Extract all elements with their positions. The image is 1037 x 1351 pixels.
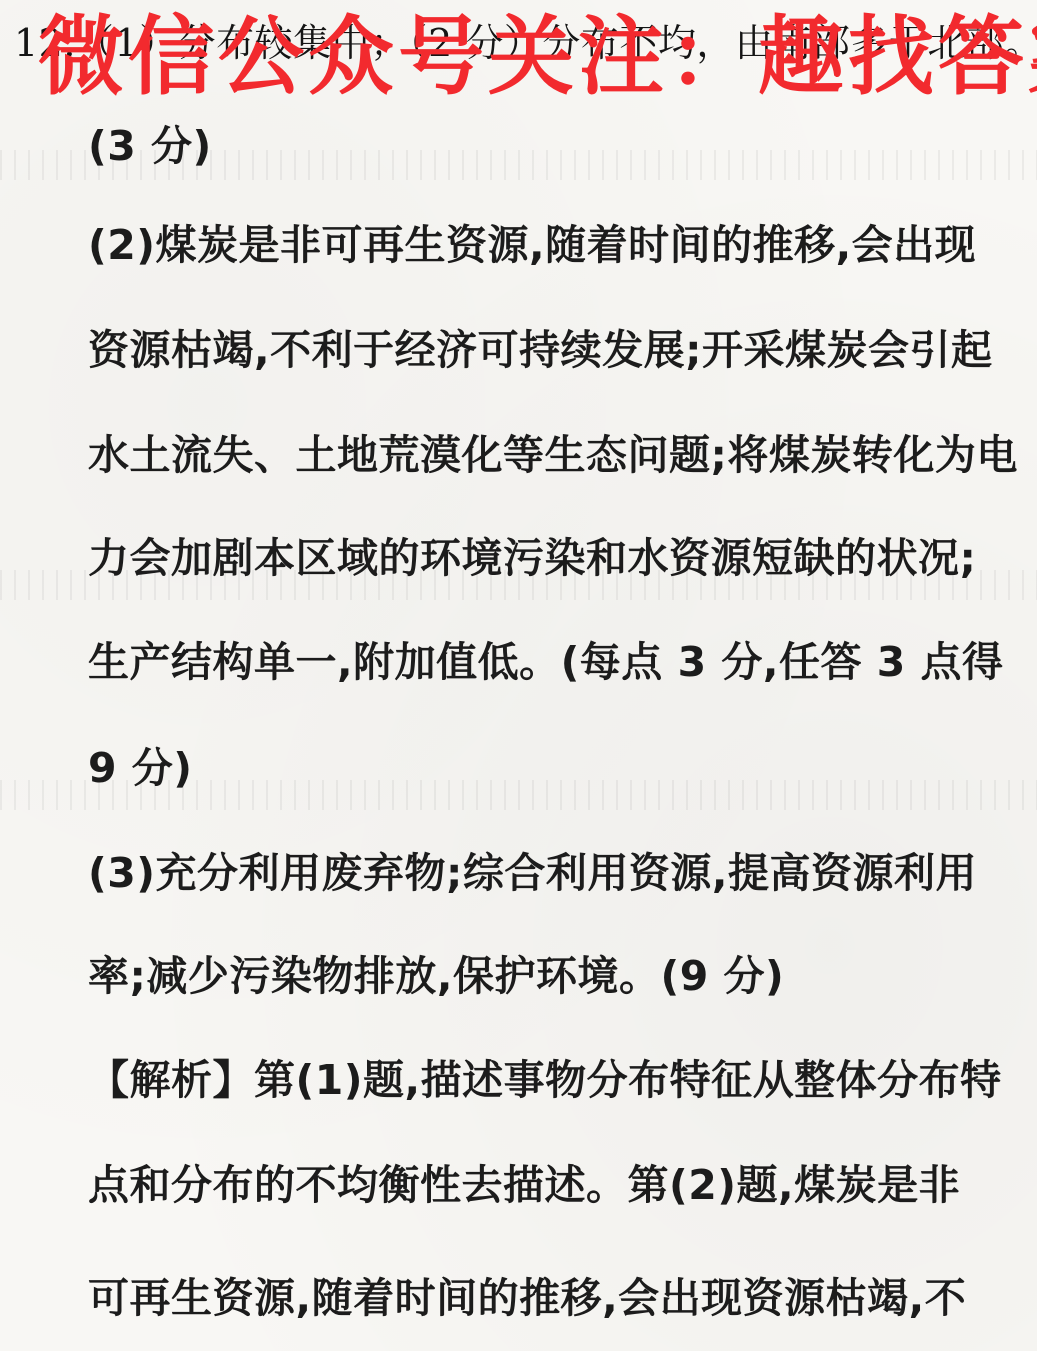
answer-line-2: (3 分) <box>88 126 1017 167</box>
analysis-line-2: 点和分布的不均衡性去描述。第(2)题,煤炭是非 <box>88 1165 1017 1206</box>
document-page: 12.（1）分布较集中；（2 分）分布不均，由南部多于北部。 (3 分) (2)… <box>0 0 1037 1351</box>
answer-line-7: 生产结构单一,附加值低。(每点 3 分,任答 3 点得 <box>88 642 1017 683</box>
answer-line-3: (2)煤炭是非可再生资源,随着时间的推移,会出现 <box>88 225 1017 266</box>
answer-line-4: 资源枯竭,不利于经济可持续发展;开采煤炭会引起 <box>88 330 1017 371</box>
answer-line-5: 水土流失、土地荒漠化等生态问题;将煤炭转化为电 <box>88 435 1017 476</box>
analysis-line-3: 可再生资源,随着时间的推移,会出现资源枯竭,不 <box>88 1278 1017 1319</box>
red-watermark: 微信公众号关注：趣找答案 <box>38 14 1037 100</box>
answer-line-10: 率;减少污染物排放,保护环境。(9 分) <box>88 956 1017 997</box>
answer-line-6: 力会加剧本区域的环境污染和水资源短缺的状况; <box>88 538 1017 579</box>
analysis-line-1: 【解析】第(1)题,描述事物分布特征从整体分布特 <box>88 1060 1017 1101</box>
answer-line-9: (3)充分利用废弃物;综合利用资源,提高资源利用 <box>88 853 1017 894</box>
answer-line-8: 9 分) <box>88 748 1017 789</box>
